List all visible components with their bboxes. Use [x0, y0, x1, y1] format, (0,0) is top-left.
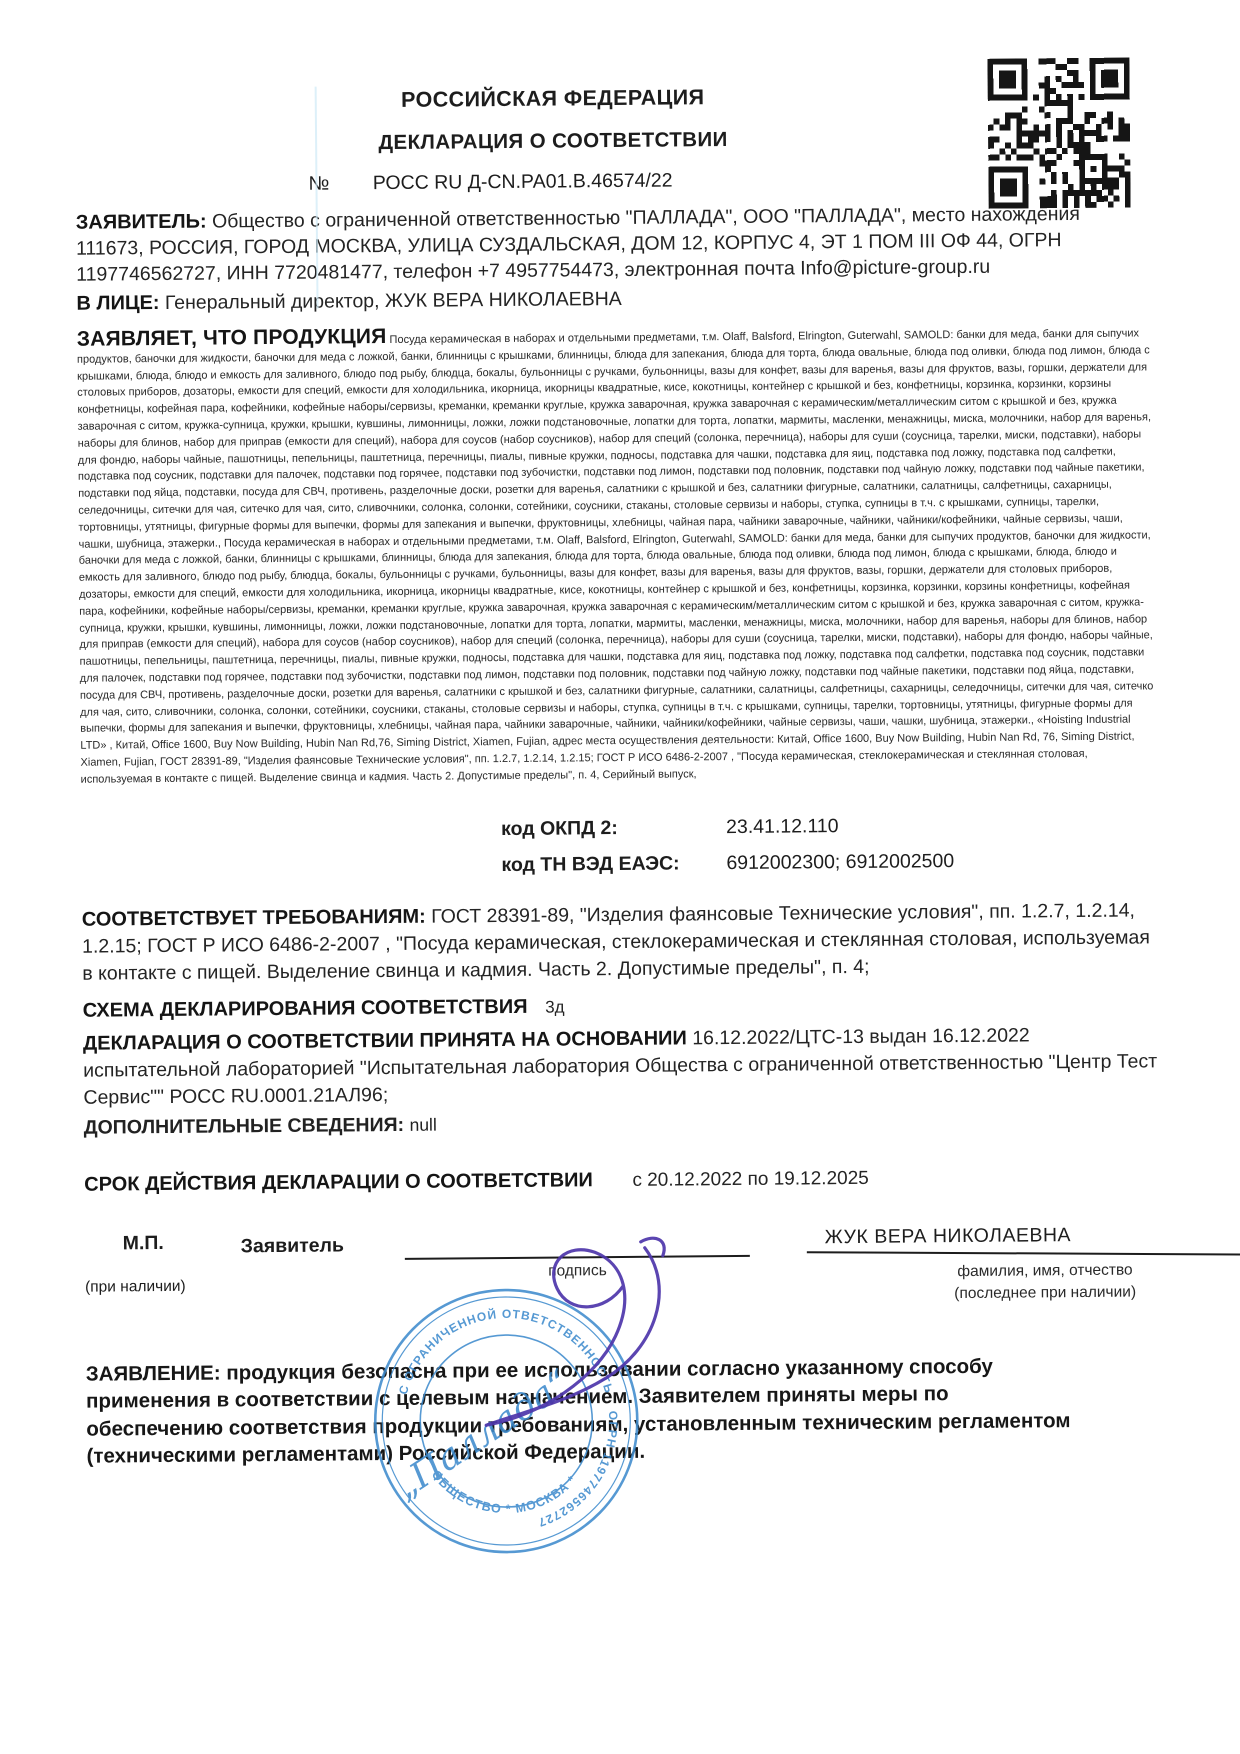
tnved-value: 6912002300; 6912002500	[726, 843, 954, 881]
okpd-label: код ОКПД 2:	[501, 809, 726, 847]
basis-paragraph: ДЕКЛАРАЦИЯ О СООТВЕТСТВИИ ПРИНЯТА НА ОСН…	[83, 1021, 1160, 1111]
scheme-value: 3д	[545, 997, 565, 1016]
statement-label: ЗАЯВЛЕНИЕ:	[86, 1361, 221, 1385]
number-sign: №	[308, 173, 329, 195]
mp-note: (при наличии)	[85, 1277, 186, 1296]
declaration-document: РОССИЙСКАЯ ФЕДЕРАЦИЯ ДЕКЛАРАЦИЯ О СООТВЕ…	[0, 0, 1240, 1754]
country-heading: РОССИЙСКАЯ ФЕДЕРАЦИЯ	[75, 82, 1031, 115]
applicant-text: Общество с ограниченной ответственностью…	[76, 203, 1080, 286]
safety-statement-paragraph: ЗАЯВЛЕНИЕ: продукция безопасна при ее ис…	[86, 1352, 1077, 1471]
declares-label: ЗАЯВЛЯЕТ, ЧТО ПРОДУКЦИЯ	[77, 325, 387, 351]
product-description: Посуда керамическая в наборах и отдельны…	[77, 327, 1153, 785]
document-title: ДЕКЛАРАЦИЯ О СООТВЕТСТВИИ	[75, 125, 1031, 157]
codes-block: код ОКПД 2: 23.41.12.110 код ТН ВЭД ЕАЭС…	[81, 805, 1158, 886]
qr-code-svg	[987, 58, 1130, 209]
signer-name: ЖУК ВЕРА НИКОЛАЕВНА	[825, 1224, 1072, 1249]
compliance-paragraph: СООТВЕТСТВУЕТ ТРЕБОВАНИЯМ: ГОСТ 28391-89…	[82, 897, 1159, 987]
stamp-ring-text-bottom: ОБЩЕСТВО * МОСКВА *	[429, 1466, 580, 1516]
mp-label: М.П.	[123, 1232, 164, 1255]
tnved-label: код ТН ВЭД ЕАЭС:	[501, 845, 726, 883]
basis-label: ДЕКЛАРАЦИЯ О СООТВЕТСТВИИ ПРИНЯТА НА ОСН…	[83, 1027, 687, 1054]
qr-code	[987, 58, 1130, 209]
product-declaration-paragraph: ЗАЯВЛЯЕТ, ЧТО ПРОДУКЦИЯ Посуда керамичес…	[77, 322, 1157, 788]
scheme-line: СХЕМА ДЕКЛАРИРОВАНИЯ СООТВЕТСТВИЯ 3д	[83, 990, 1159, 1022]
name-caption-1: фамилия, имя, отчество	[880, 1260, 1210, 1281]
applicant-label: ЗАЯВИТЕЛЬ:	[76, 211, 207, 234]
statement-text: продукция безопасна при ее использовании…	[86, 1354, 1071, 1467]
declaration-number: РОСС RU Д-CN.РА01.В.46574/22	[373, 170, 673, 195]
representative-label: В ЛИЦЕ:	[76, 292, 159, 315]
representative-paragraph: В ЛИЦЕ: Генеральный директор, ЖУК ВЕРА Н…	[76, 281, 1152, 316]
applicant-paragraph: ЗАЯВИТЕЛЬ: Общество с ограниченной ответ…	[76, 200, 1153, 287]
name-line	[807, 1251, 1240, 1255]
validity-label: СРОК ДЕЙСТВИЯ ДЕКЛАРАЦИИ О СООТВЕТСТВИИ	[84, 1169, 593, 1195]
validity-value: с 20.12.2022 по 19.12.2025	[632, 1167, 869, 1190]
additional-value: null	[409, 1114, 436, 1134]
signature-caption: подпись	[485, 1261, 670, 1281]
scheme-label: СХЕМА ДЕКЛАРИРОВАНИЯ СООТВЕТСТВИЯ	[83, 995, 528, 1021]
validity-line: СРОК ДЕЙСТВИЯ ДЕКЛАРАЦИИ О СООТВЕТСТВИИ …	[84, 1164, 1160, 1196]
signature-line	[405, 1254, 750, 1259]
okpd-value: 23.41.12.110	[726, 808, 839, 845]
representative-text: Генеральный директор, ЖУК ВЕРА НИКОЛАЕВН…	[165, 288, 622, 314]
compliance-label: СООТВЕТСТВУЕТ ТРЕБОВАНИЯМ:	[82, 905, 426, 930]
name-caption-2: (последнее при наличии)	[880, 1282, 1210, 1303]
signature-block: М.П. Заявитель подпись ЖУК ВЕРА НИКОЛАЕВ…	[85, 1221, 1162, 1352]
svg-text:ОБЩЕСТВО * МОСКВА *: ОБЩЕСТВО * МОСКВА *	[429, 1466, 580, 1516]
document-sheet: РОССИЙСКАЯ ФЕДЕРАЦИЯ ДЕКЛАРАЦИЯ О СООТВЕ…	[0, 0, 1240, 1754]
additional-label: ДОПОЛНИТЕЛЬНЫЕ СВЕДЕНИЯ:	[84, 1113, 405, 1138]
signer-role-label: Заявитель	[241, 1234, 344, 1258]
